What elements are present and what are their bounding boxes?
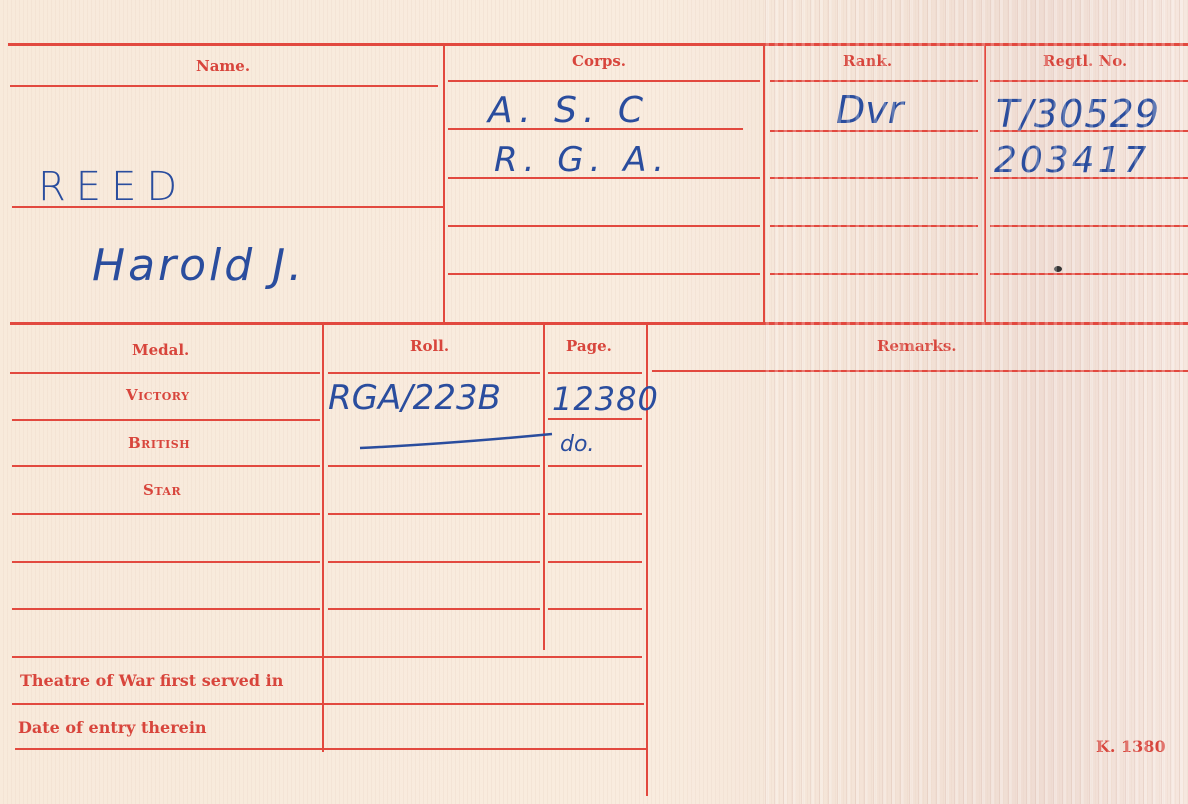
page-row-rule	[548, 513, 642, 515]
page-row-rule	[548, 608, 642, 610]
medal-row-rule	[12, 608, 320, 610]
remarks-header-rule	[652, 370, 1188, 372]
top-border-rule	[8, 43, 1188, 46]
roll-row-rule	[328, 465, 540, 467]
page-row-rule	[548, 561, 642, 563]
medal-star-label: Star	[143, 481, 181, 499]
corps-header: Corps.	[572, 52, 626, 70]
corps-rank-divider	[763, 45, 765, 322]
regtl-row-rule	[990, 177, 1188, 179]
bottom-rule	[15, 748, 647, 750]
date-label: Date of entry therein	[18, 718, 207, 737]
regtl-row-rule	[990, 225, 1188, 227]
medal-index-card: Name. Corps. Rank. Regtl. No. REED Harol…	[0, 0, 1188, 804]
medal-roll-divider	[322, 324, 324, 752]
corps-row-rule	[448, 273, 760, 275]
remarks-header: Remarks.	[877, 337, 957, 355]
regtl-no-header: Regtl. No.	[1043, 52, 1127, 70]
rank-header: Rank.	[843, 52, 892, 70]
roll-row-rule	[328, 561, 540, 563]
roll-row-rule	[328, 608, 540, 610]
name-header-rule	[10, 85, 438, 87]
surname-handwritten: REED	[38, 164, 187, 210]
rank-entry-1: Dvr	[836, 88, 903, 132]
medal-row-rule	[12, 561, 320, 563]
regtl-row-rule	[990, 273, 1188, 275]
corps-entry-2: R. G. A.	[494, 140, 670, 180]
victory-roll-entry: RGA/223B	[328, 378, 501, 418]
form-number: K. 1380	[1096, 737, 1166, 756]
victory-page-entry: 12380	[552, 380, 659, 418]
ink-spot	[1054, 266, 1062, 272]
name-header: Name.	[196, 57, 250, 75]
regtl-no-entry-1: T/30529	[996, 92, 1160, 136]
name-corps-divider	[443, 45, 445, 322]
medal-victory-label: Victory	[126, 386, 189, 404]
medal-row-rule	[12, 419, 320, 421]
rank-regtl-divider	[984, 45, 986, 322]
british-roll-ditto-stroke	[356, 430, 556, 454]
page-row-rule	[548, 418, 642, 420]
regtl-no-entry-2: 203417	[994, 140, 1149, 181]
roll-page-divider	[543, 324, 545, 650]
corps-row-rule	[448, 80, 760, 82]
theatre-label: Theatre of War first served in	[20, 671, 283, 690]
forenames-handwritten: Harold J.	[92, 240, 305, 291]
theatre-row-rule	[12, 656, 642, 658]
rank-row-rule	[770, 273, 978, 275]
rank-row-rule	[770, 225, 978, 227]
medal-british-label: British	[128, 434, 190, 452]
british-page-entry: do.	[560, 432, 594, 457]
regtl-row-rule	[990, 130, 1188, 132]
rank-row-rule	[770, 80, 978, 82]
medal-header: Medal.	[132, 341, 189, 359]
page-row-rule	[548, 465, 642, 467]
regtl-row-rule	[990, 80, 1188, 82]
rank-row-rule	[770, 177, 978, 179]
corps-entry-1: A. S. C	[488, 90, 649, 131]
roll-header: Roll.	[410, 337, 449, 355]
section-divider-rule	[10, 322, 1188, 325]
roll-row-rule	[328, 372, 540, 374]
roll-row-rule	[328, 513, 540, 515]
medal-row-rule	[12, 513, 320, 515]
rank-row-rule	[770, 130, 978, 132]
date-row-rule	[12, 703, 644, 705]
page-row-rule	[548, 372, 642, 374]
corps-row-rule	[448, 225, 760, 227]
medal-row-rule	[10, 372, 320, 374]
medal-row-rule	[12, 465, 320, 467]
page-header: Page.	[566, 337, 612, 355]
